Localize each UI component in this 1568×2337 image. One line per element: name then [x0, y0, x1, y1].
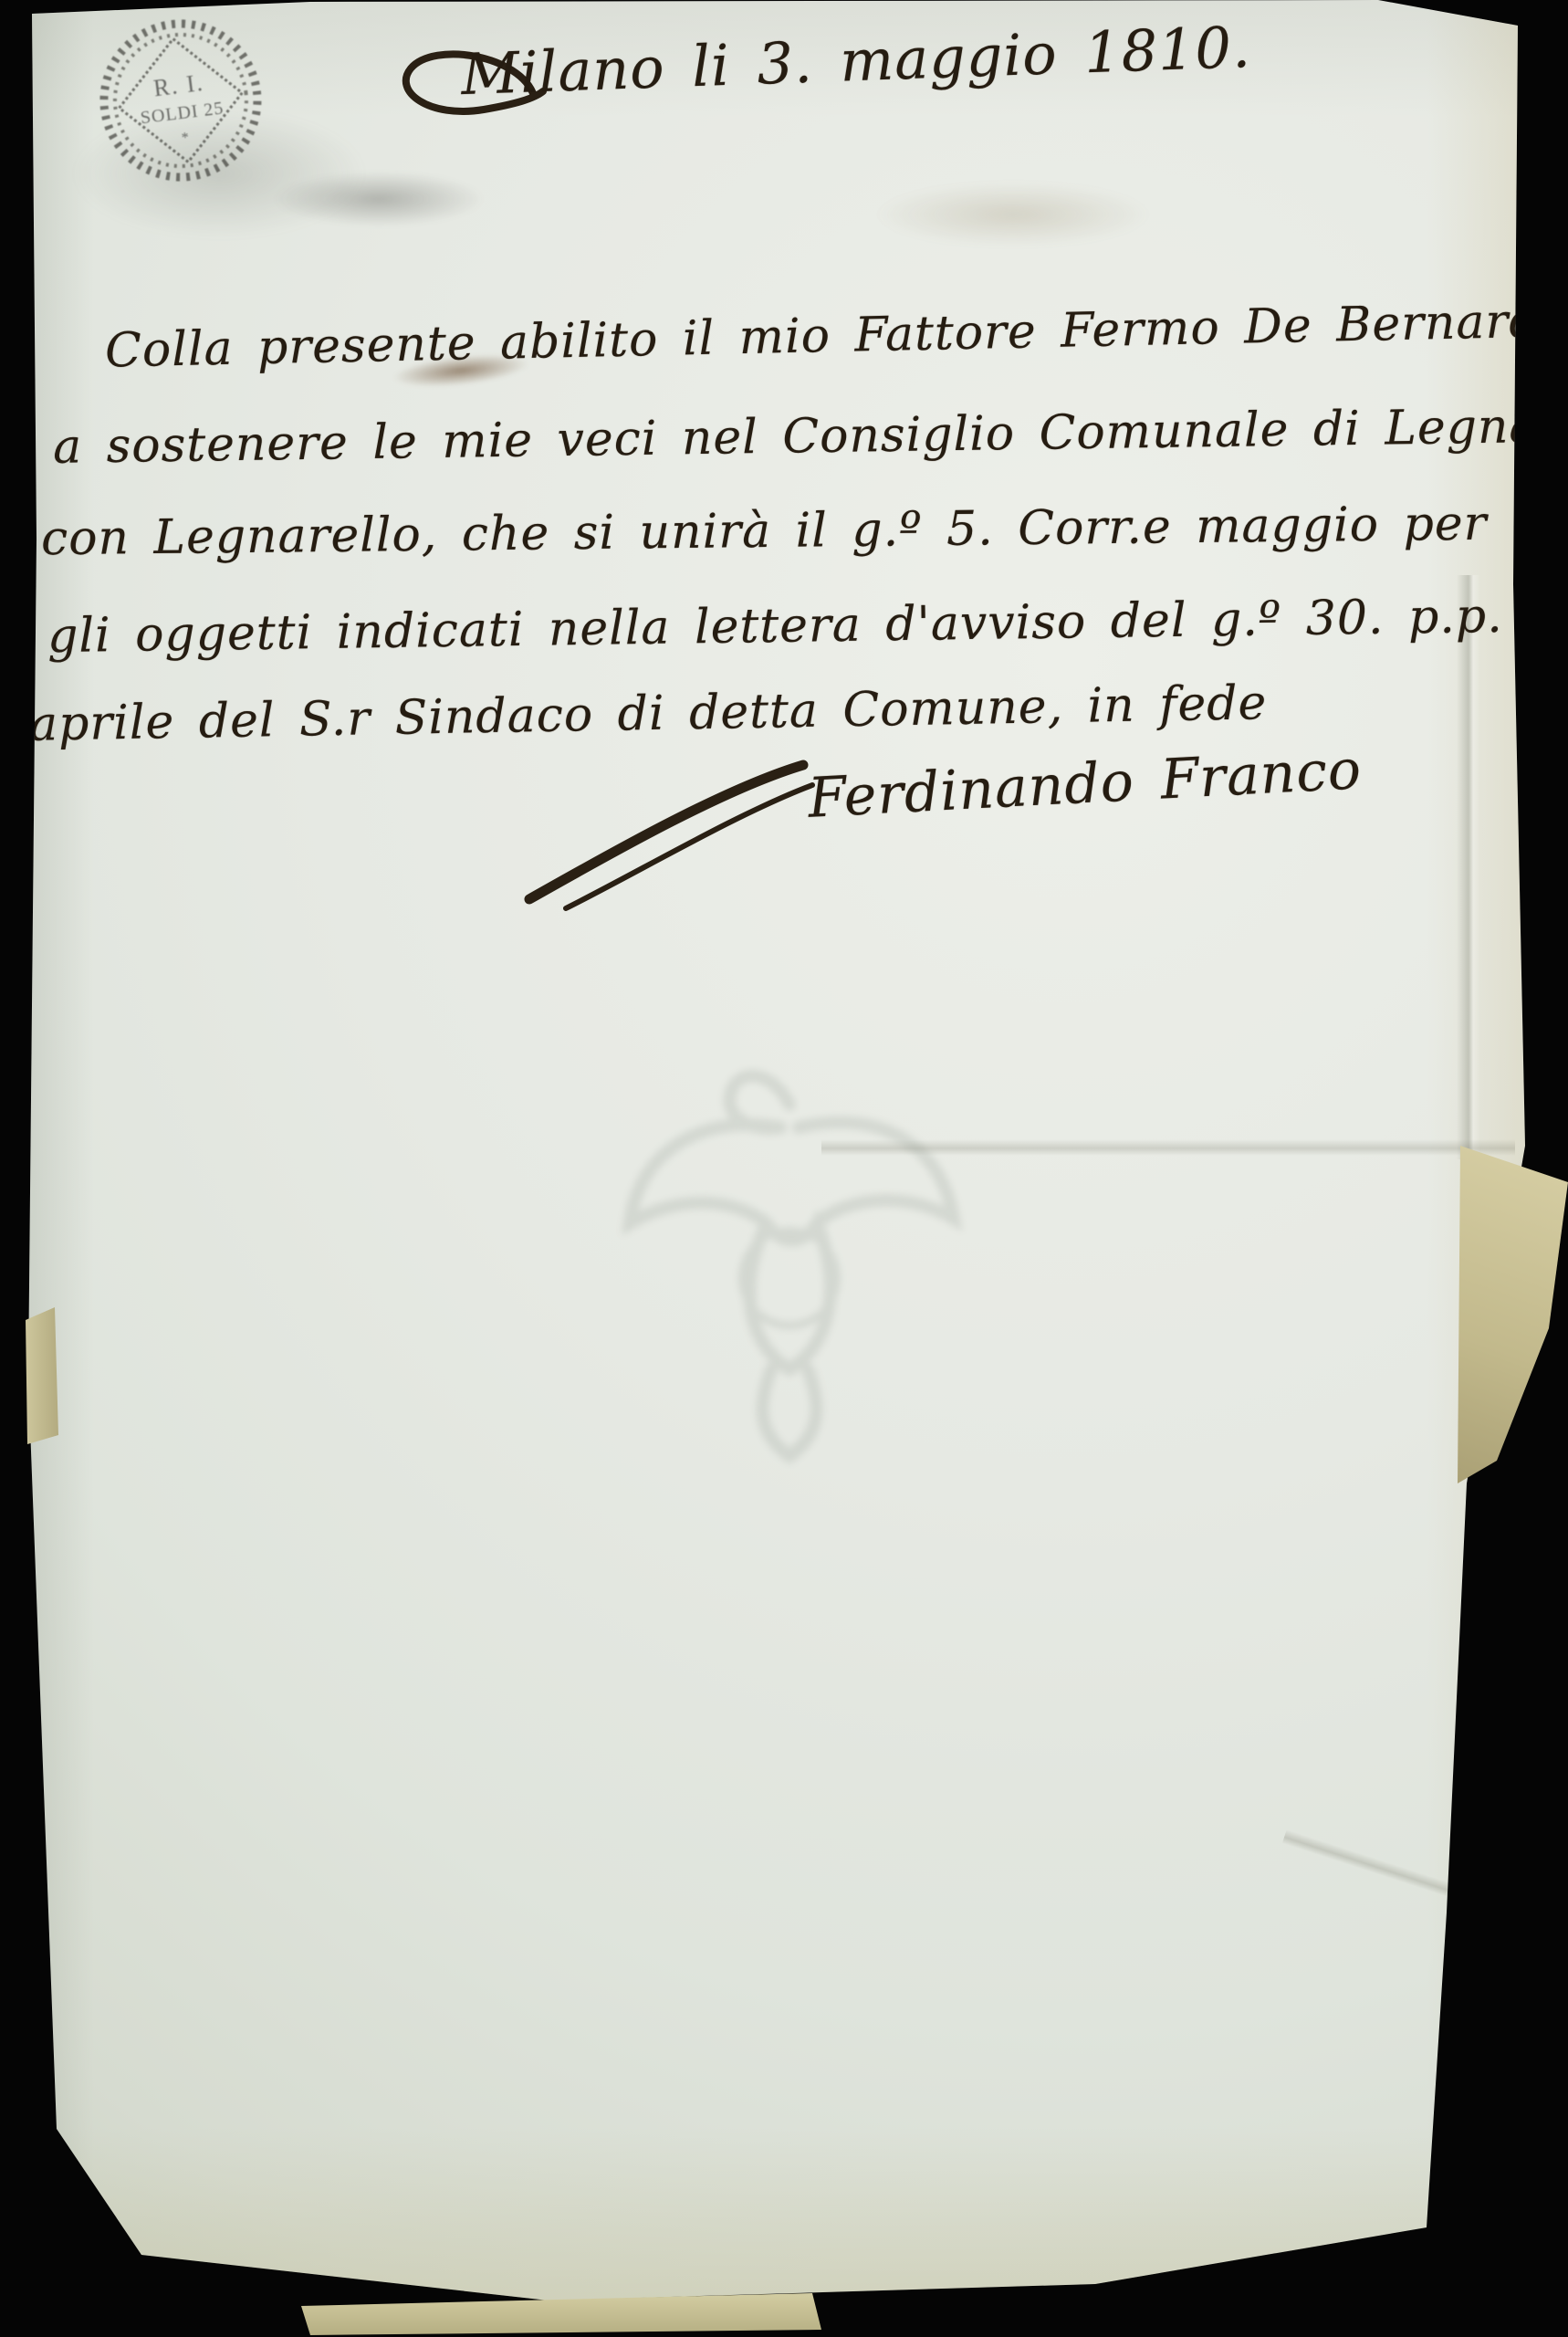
flourish-stroke-short	[566, 785, 812, 908]
stamp-initials: R. I.	[152, 69, 206, 102]
folded-corner-right	[1453, 1141, 1568, 1488]
document-paper: R. I. SOLDI 25 * Milano li 3. maggio 181…	[0, 0, 1568, 2337]
revenue-stamp-icon: R. I. SOLDI 25 *	[71, 5, 291, 196]
photo-of-document: { "photo": { "background_color": "#05050…	[0, 0, 1568, 2337]
eagle-body	[749, 1223, 830, 1369]
body-line-5: aprile del S.r Sindaco di detta Comune, …	[29, 676, 1268, 752]
stamp-diamond-border	[120, 39, 243, 162]
stamp-ornament: *	[181, 130, 190, 146]
body-line-2: a sostenere le mie veci nel Consiglio Co…	[53, 398, 1568, 475]
dateline: Milano li 3. maggio 1810.	[460, 14, 1252, 108]
stamp-smudge	[274, 172, 484, 226]
body-line-3: con Legnarello, che si unirà il g.º 5. C…	[41, 497, 1488, 567]
paper-stain	[876, 183, 1150, 246]
signature-flourish-icon	[511, 749, 821, 913]
diagonal-crease	[1282, 1829, 1547, 1928]
eagle-watermark-icon	[575, 1004, 1004, 1488]
body-line-4: gli oggetti indicati nella lettera d'avv…	[47, 589, 1503, 664]
paper-edge-left	[24, 1307, 58, 1444]
eagle-tail	[762, 1369, 816, 1456]
body-line-1: Colla presente abilito il mio Fattore Fe…	[105, 293, 1557, 378]
paper-edge-bottom	[301, 2293, 821, 2335]
signature: Ferdinando Franco	[807, 738, 1364, 831]
vertical-crease	[1457, 575, 1480, 1159]
flourish-stroke-long	[529, 765, 803, 899]
eagle-right-wing	[799, 1123, 954, 1223]
stamp-wreath-inner	[108, 27, 254, 173]
eagle-left-wing	[630, 1125, 780, 1223]
stamp-wreath-outer	[95, 15, 266, 185]
stamp-value: SOLDI 25	[140, 98, 225, 128]
